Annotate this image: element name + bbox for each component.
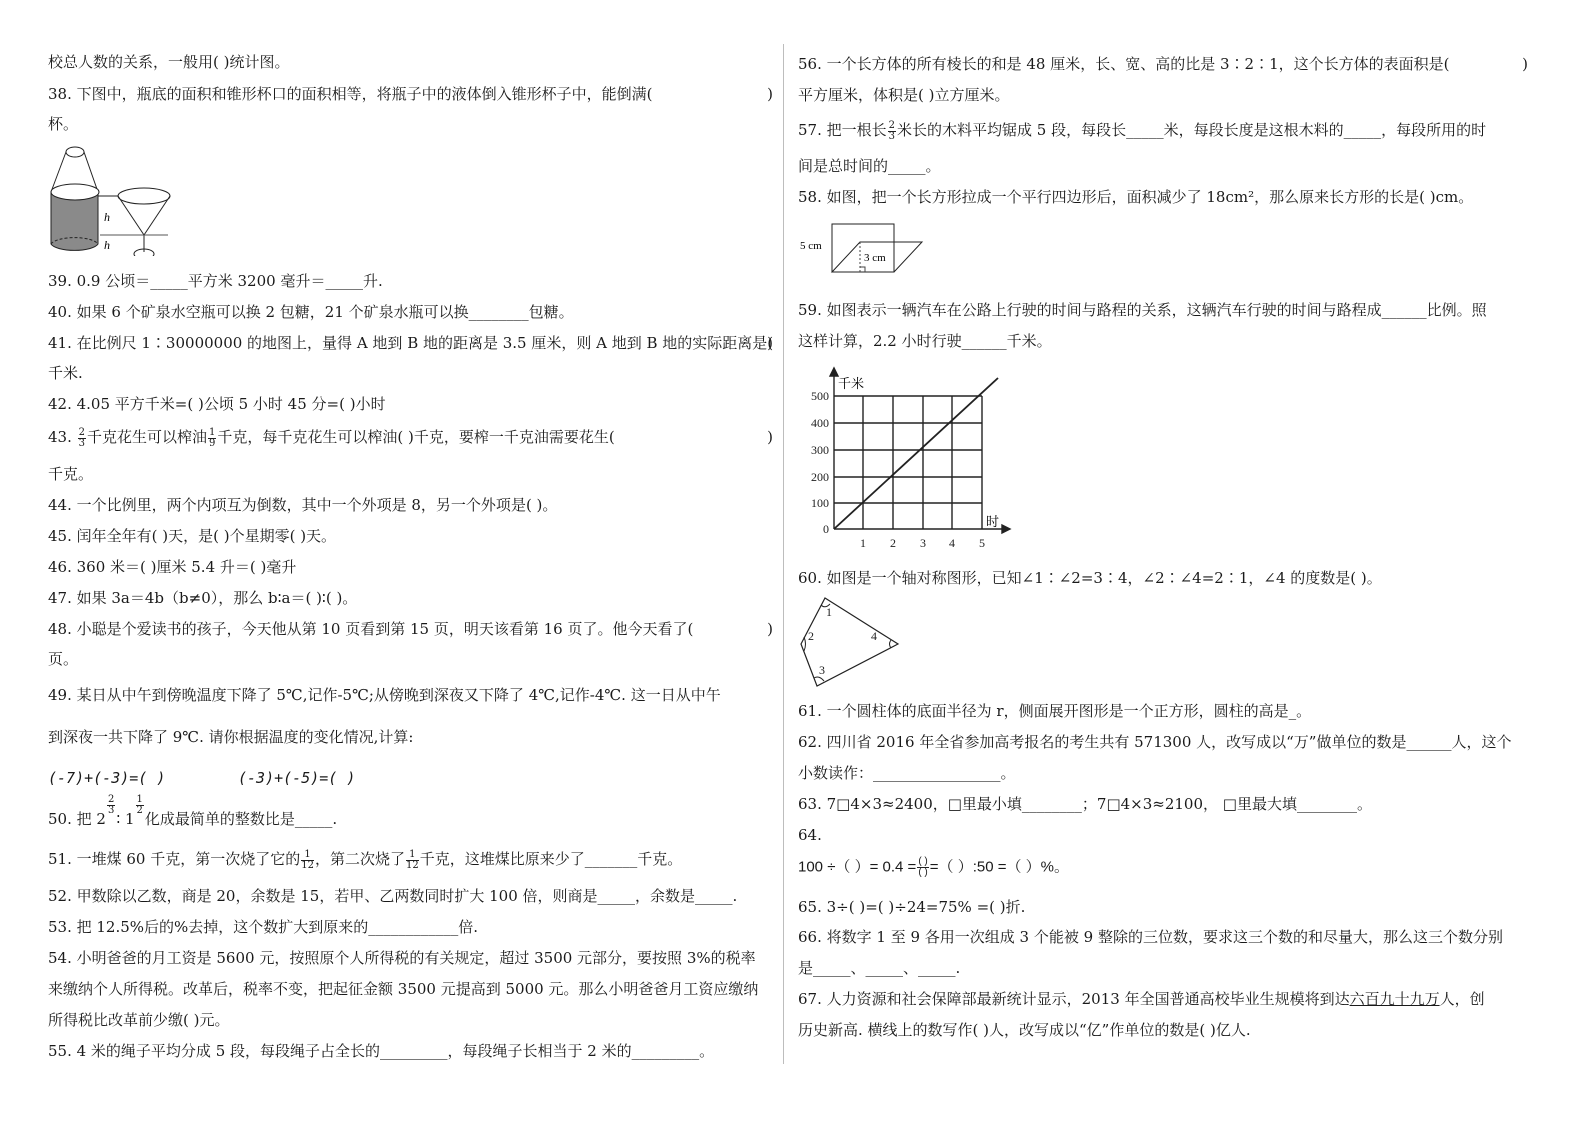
fraction: 19	[208, 428, 216, 449]
question-64-number: 64.	[798, 825, 822, 845]
question-49-expr1: (-7)+(-3)=( )	[48, 768, 165, 788]
svg-text:h: h	[104, 238, 110, 252]
question-59-line2: 这样计算，2.2 小时行驶______千米。	[798, 331, 1052, 351]
rectangle-parallelogram-figure: 5 cm 3 cm	[798, 222, 968, 284]
svg-text:200: 200	[811, 470, 829, 484]
question-67-line2: 历史新高. 横线上的数写作( )人，改写成以“亿”作单位的数是( )亿人.	[798, 1020, 1251, 1040]
svg-text:5 cm: 5 cm	[800, 240, 822, 252]
quadrilateral-angles-figure: 1 2 3 4	[798, 594, 908, 690]
question-50: 50. 把 223∶ 112化成最简单的整数比是_____.	[48, 809, 337, 829]
svg-text:3: 3	[920, 536, 926, 550]
question-43: 43. 23千克花生可以榨油19千克，每千克花生可以榨油( )千克，要榨一千克油…	[48, 427, 773, 449]
svg-text:400: 400	[811, 416, 829, 430]
question-54-line3: 所得税比改革前少缴( )元。	[48, 1010, 229, 1030]
svg-text:500: 500	[811, 389, 829, 403]
question-57: 57. 把一根长23米长的木料平均锯成 5 段，每段长_____米，每段长度是这…	[798, 120, 1486, 142]
svg-text:1: 1	[860, 536, 866, 550]
question-51: 51. 一堆煤 60 千克，第一次烧了它的112，第二次烧了112千克，这堆煤比…	[48, 849, 682, 871]
question-40: 40. 如果 6 个矿泉水空瓶可以换 2 包糖，21 个矿泉水瓶可以换_____…	[48, 302, 574, 322]
question-48: 48. 小聪是个爱读书的孩子，今天他从第 10 页看到第 15 页，明天该看第 …	[48, 619, 773, 639]
svg-text:4: 4	[949, 536, 955, 550]
question-55: 55. 4 米的绳子平均分成 5 段，每段绳子占全长的_________，每段绳…	[48, 1041, 714, 1061]
question-54-line2: 来缴纳个人所得税。改革后，税率不变，把起征金额 3500 元提高到 5000 元…	[48, 979, 758, 999]
question-66-line1: 66. 将数字 1 至 9 各用一次组成 3 个能被 9 整除的三位数，要求这三…	[798, 927, 1503, 947]
question-65: 65. 3÷( )=( )÷24=75% =( )折.	[798, 897, 1025, 917]
question-54-line1: 54. 小明爸爸的月工资是 5600 元，按照原个人所得税的有关规定，超过 35…	[48, 948, 756, 968]
svg-text:100: 100	[811, 496, 829, 510]
bottle-cone-cup-figure: h h	[48, 144, 178, 256]
column-divider	[783, 44, 784, 1064]
svg-text:2: 2	[890, 536, 896, 550]
question-44: 44. 一个比例里，两个内项互为倒数，其中一个外项是 8，另一个外项是( )。	[48, 495, 557, 515]
svg-text:3: 3	[819, 663, 825, 677]
question-49-line2: 到深夜一共下降了 9℃. 请你根据温度的变化情况,计算:	[48, 727, 413, 747]
question-62-line2: 小数读作：_________________。	[798, 763, 1016, 783]
question-47: 47. 如果 3a＝4b（b≠0），那么 b∶a＝( )∶( )。	[48, 588, 357, 608]
question-67-line1: 67. 人力资源和社会保障部最新统计显示，2013 年全国普通高校毕业生规模将到…	[798, 989, 1485, 1009]
question-53: 53. 把 12.5%后的%去掉，这个数扩大到原来的____________倍.	[48, 917, 478, 937]
svg-text:300: 300	[811, 443, 829, 457]
svg-text:h: h	[104, 210, 110, 224]
question-43-tail: 千克。	[48, 464, 93, 484]
svg-text:4: 4	[871, 629, 877, 643]
question-37-tail: 校总人数的关系，一般用( )统计图。	[48, 52, 289, 72]
question-49-line1: 49. 某日从中午到傍晚温度下降了 5℃,记作-5℃;从傍晚到深夜又下降了 4℃…	[48, 685, 721, 705]
question-58: 58. 如图，把一个长方形拉成一个平行四边形后，面积减少了 18cm²，那么原来…	[798, 187, 1473, 207]
question-62-line1: 62. 四川省 2016 年全省参加高考报名的考生共有 571300 人，改写成…	[798, 732, 1511, 752]
question-56-tail: 平方厘米，体积是( )立方厘米。	[798, 85, 1009, 105]
underlined-number-text: 六百九十九万	[1350, 990, 1440, 1008]
fraction: 23	[78, 428, 86, 449]
question-57-tail: 间是总时间的_____。	[798, 156, 941, 176]
svg-text:时: 时	[986, 514, 999, 529]
question-64: 100 ÷（ ）= 0.4 =( )( )=（ ）:50 =（ ）%。	[798, 857, 1069, 878]
question-56: 56. 一个长方体的所有棱长的和是 48 厘米，长、宽、高的比是 3∶2∶1，这…	[798, 54, 1528, 74]
svg-text:5: 5	[979, 536, 985, 550]
question-49-expr2: (-3)+(-5)=( )	[238, 768, 355, 788]
svg-text:千米: 千米	[838, 376, 864, 391]
question-63: 63. 7□4×3≈2400，□里最小填________；7□4×3≈2100，…	[798, 794, 1372, 814]
question-38-tail: 杯。	[48, 114, 78, 134]
svg-text:0: 0	[823, 522, 829, 536]
question-52: 52. 甲数除以乙数，商是 20，余数是 15，若甲、乙两数同时扩大 100 倍…	[48, 886, 737, 906]
question-45: 45. 闰年全年有( )天，是( )个星期零( )天。	[48, 526, 336, 546]
question-61: 61. 一个圆柱体的底面半径为 r，侧面展开图形是一个正方形，圆柱的高是_。	[798, 701, 1311, 721]
question-42: 42. 4.05 平方千米=( )公顷 5 小时 45 分=( )小时	[48, 394, 386, 414]
question-39: 39. 0.9 公顷＝_____平方米 3200 毫升＝_____升.	[48, 271, 383, 291]
question-38: 38. 下图中，瓶底的面积和锥形杯口的面积相等，将瓶子中的液体倒入锥形杯子中，能…	[48, 84, 773, 104]
svg-text:1: 1	[826, 605, 832, 619]
question-66-line2: 是_____、_____、_____.	[798, 958, 960, 978]
question-46: 46. 360 米＝( )厘米 5.4 升＝( )毫升	[48, 557, 296, 577]
question-60: 60. 如图是一个轴对称图形，已知∠1∶∠2=3∶4，∠2∶∠4=2∶1，∠4 …	[798, 568, 1382, 588]
question-59-line1: 59. 如图表示一辆汽车在公路上行驶的时间与路程的关系，这辆汽车行驶的时间与路程…	[798, 300, 1487, 320]
question-48-tail: 页。	[48, 649, 78, 669]
svg-text:2: 2	[808, 629, 814, 643]
svg-text:3 cm: 3 cm	[864, 252, 886, 264]
question-41: 41. 在比例尺 1∶30000000 的地图上，量得 A 地到 B 地的距离是…	[48, 333, 773, 353]
question-41-tail: 千米.	[48, 363, 83, 383]
time-distance-chart: 500400300 2001000 123 45 千米 时	[798, 364, 1013, 554]
